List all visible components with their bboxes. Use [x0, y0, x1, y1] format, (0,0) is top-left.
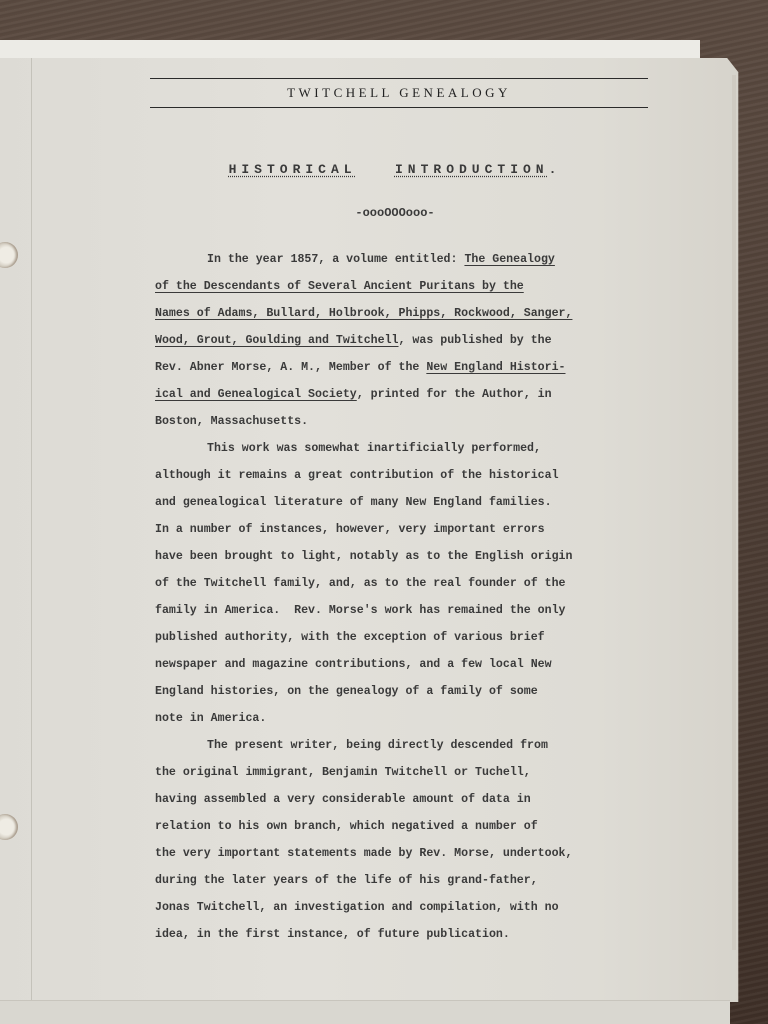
- text-segment: In a number of instances, however, very …: [155, 523, 545, 536]
- text-segment: idea, in the first instance, of future p…: [155, 928, 510, 941]
- text-line: the very important statements made by Re…: [155, 840, 655, 867]
- text-segment: although it remains a great contribution…: [155, 469, 559, 482]
- text-segment: Boston, Massachusetts.: [155, 415, 308, 428]
- text-line: In a number of instances, however, very …: [155, 516, 655, 543]
- running-header: TWITCHELL GENEALOGY: [150, 78, 648, 108]
- ornament-divider: -oooOOOooo-: [150, 206, 640, 220]
- text-line: Boston, Massachusetts.: [155, 408, 655, 435]
- text-segment: Jonas Twitchell, an investigation and co…: [155, 901, 559, 914]
- title-word: INTRODUCTION: [395, 162, 549, 177]
- text-segment: of the Twitchell family, and, as to the …: [155, 577, 566, 590]
- text-segment: newspaper and magazine contributions, an…: [155, 658, 552, 671]
- text-segment: family in America. Rev. Morse's work has…: [155, 604, 566, 617]
- title-period: .: [549, 162, 562, 177]
- text-segment: , printed for the Author, in: [357, 388, 552, 401]
- text-line: have been brought to light, notably as t…: [155, 543, 655, 570]
- text-line: published authority, with the exception …: [155, 624, 655, 651]
- title-word: HISTORICAL: [229, 162, 357, 177]
- text-line: This work was somewhat inartificially pe…: [155, 435, 655, 462]
- text-line: newspaper and magazine contributions, an…: [155, 651, 655, 678]
- text-segment: , was published by the: [399, 334, 552, 347]
- body-text: In the year 1857, a volume entitled: The…: [155, 246, 655, 948]
- text-line: having assembled a very considerable amo…: [155, 786, 655, 813]
- text-line: Jonas Twitchell, an investigation and co…: [155, 894, 655, 921]
- text-line: Wood, Grout, Goulding and Twitchell, was…: [155, 327, 655, 354]
- text-segment: Rev. Abner Morse, A. M., Member of the: [155, 361, 426, 374]
- underlined-title-text: New England Histori-: [426, 361, 565, 374]
- text-line: The present writer, being directly desce…: [155, 732, 655, 759]
- underlined-title-text: Wood, Grout, Goulding and Twitchell: [155, 334, 399, 347]
- text-segment: the original immigrant, Benjamin Twitche…: [155, 766, 531, 779]
- text-line: relation to his own branch, which negati…: [155, 813, 655, 840]
- text-segment: note in America.: [155, 712, 266, 725]
- text-line: In the year 1857, a volume entitled: The…: [155, 246, 655, 273]
- section-title: HISTORICAL INTRODUCTION.: [150, 162, 640, 177]
- text-segment: In the year 1857, a volume entitled:: [207, 253, 464, 266]
- underlined-title-text: Names of Adams, Bullard, Holbrook, Phipp…: [155, 307, 572, 320]
- page-edge: [732, 75, 736, 950]
- text-line: of the Twitchell family, and, as to the …: [155, 570, 655, 597]
- text-segment: having assembled a very considerable amo…: [155, 793, 531, 806]
- text-line: Names of Adams, Bullard, Holbrook, Phipp…: [155, 300, 655, 327]
- text-line: Rev. Abner Morse, A. M., Member of the N…: [155, 354, 655, 381]
- fold-line: [31, 58, 32, 1002]
- text-segment: relation to his own branch, which negati…: [155, 820, 538, 833]
- text-segment: during the later years of the life of hi…: [155, 874, 538, 887]
- text-line: ical and Genealogical Society, printed f…: [155, 381, 655, 408]
- text-segment: The present writer, being directly desce…: [207, 739, 548, 752]
- text-segment: This work was somewhat inartificially pe…: [207, 442, 541, 455]
- text-line: during the later years of the life of hi…: [155, 867, 655, 894]
- text-segment: the very important statements made by Re…: [155, 847, 572, 860]
- text-line: England histories, on the genealogy of a…: [155, 678, 655, 705]
- text-line: although it remains a great contribution…: [155, 462, 655, 489]
- text-segment: published authority, with the exception …: [155, 631, 545, 644]
- text-line: family in America. Rev. Morse's work has…: [155, 597, 655, 624]
- text-line: and genealogical literature of many New …: [155, 489, 655, 516]
- text-line: of the Descendants of Several Ancient Pu…: [155, 273, 655, 300]
- header-title: TWITCHELL GENEALOGY: [287, 85, 511, 100]
- text-segment: have been brought to light, notably as t…: [155, 550, 572, 563]
- underlined-title-text: of the Descendants of Several Ancient Pu…: [155, 280, 524, 293]
- text-segment: England histories, on the genealogy of a…: [155, 685, 538, 698]
- text-line: idea, in the first instance, of future p…: [155, 921, 655, 948]
- underlying-sheet-edge: [0, 1000, 730, 1024]
- text-line: the original immigrant, Benjamin Twitche…: [155, 759, 655, 786]
- text-line: note in America.: [155, 705, 655, 732]
- underlined-title-text: ical and Genealogical Society: [155, 388, 357, 401]
- text-segment: and genealogical literature of many New …: [155, 496, 552, 509]
- back-sheet: [0, 40, 700, 60]
- underlined-title-text: The Genealogy: [464, 253, 554, 266]
